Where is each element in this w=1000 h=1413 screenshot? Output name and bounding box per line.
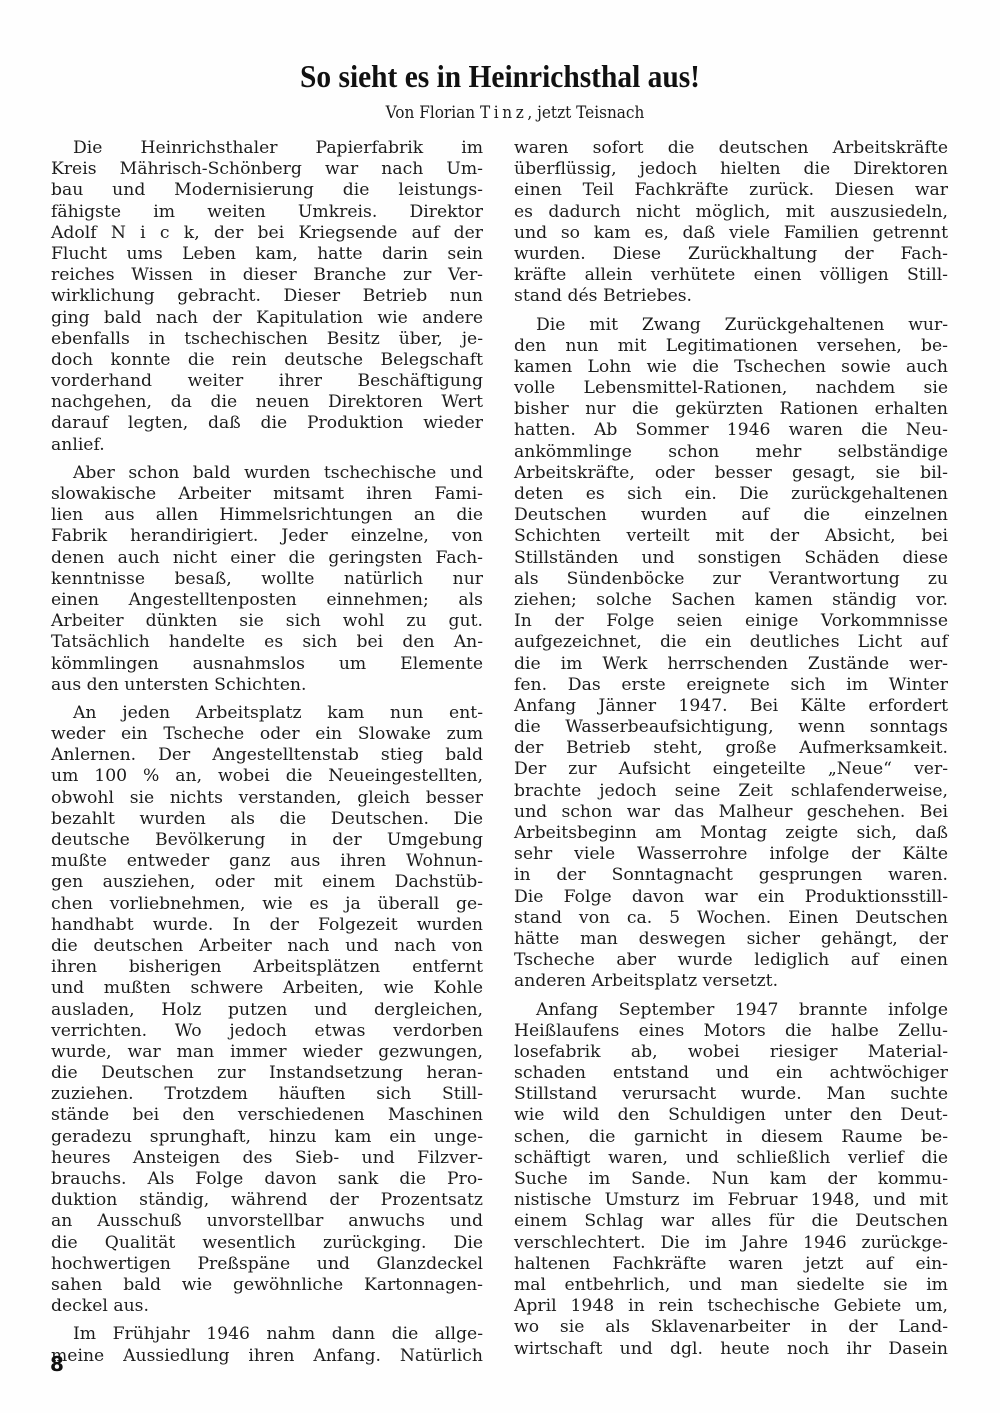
text-line: reiches Wissen in dieser Branche zur Ver… (51, 265, 483, 286)
text-line: Anfang September 1947 brannte infolge (514, 1000, 948, 1021)
text-line: kömmlingen ausnahmslos um Elemente (51, 654, 483, 675)
text-line: April 1948 in rein tschechische Gebiete … (514, 1296, 948, 1317)
text-line: nachgehen, da die neuen Direktoren Wert (51, 392, 483, 413)
text-line: kamen Lohn wie die Tschechen sowie auch (514, 357, 948, 378)
article-paragraph: Aber schon bald wurden tschechische unds… (51, 463, 483, 696)
text-line: Heißlaufens eines Motors die halbe Zellu… (514, 1021, 948, 1042)
article-paragraph: waren sofort die deutschen Arbeitskräfte… (514, 138, 948, 308)
text-line: deten es sich ein. Die zurückgehaltenen (514, 484, 948, 505)
left-column: Die Heinrichsthaler Papierfabrik imKreis… (51, 138, 483, 1374)
text-line: Tscheche aber wurde lediglich auf einen (514, 950, 948, 971)
text-line: aufgezeichnet, die ein deutliches Licht … (514, 632, 948, 653)
byline-author-surname: Tinz (480, 103, 527, 123)
text-line: die im Werk herrschenden Zustände wer- (514, 654, 948, 675)
text-line: Stillstand verursacht wurde. Man suchte (514, 1084, 948, 1105)
text-line: meine Aussiedlung ihren Anfang. Natürlic… (51, 1346, 483, 1367)
text-line: volle Lebensmittel-Rationen, nachdem sie (514, 378, 948, 399)
text-line: fen. Das erste ereignete sich im Winter (514, 675, 948, 696)
text-line: als Sündenböcke zur Verantwortung zu (514, 569, 948, 590)
text-line: handhabt wurde. In der Folgezeit wurden (51, 915, 483, 936)
text-line: weder ein Tscheche oder ein Slowake zum (51, 724, 483, 745)
text-line: schen, die garnicht in diesem Raume be- (514, 1127, 948, 1148)
text-line: Schichten verteilt mit der Absicht, bei (514, 526, 948, 547)
text-line: wirklichung gebracht. Dieser Betrieb nun (51, 286, 483, 307)
newspaper-page: So sieht es in Heinrichsthal aus! Von Fl… (0, 0, 1000, 1413)
text-line: hätte man deswegen sicher gehängt, der (514, 929, 948, 950)
text-line: waren sofort die deutschen Arbeitskräfte (514, 138, 948, 159)
text-line: um 100 % an, wobei die Neueingestellten, (51, 766, 483, 787)
text-line: fähigste im weiten Umkreis. Direktor (51, 202, 483, 223)
text-line: duktion ständig, während der Prozentsatz (51, 1190, 483, 1211)
text-line: haltenen Fachkräfte waren jetzt auf ein- (514, 1254, 948, 1275)
text-line: brachte jedoch seine Zeit schlafenderwei… (514, 781, 948, 802)
article-title: So sieht es in Heinrichsthal aus! (40, 58, 960, 95)
text-line: wie wild den Schuldigen unter den Deut- (514, 1105, 948, 1126)
text-line: Im Frühjahr 1946 nahm dann die allge- (51, 1324, 483, 1345)
text-line: kenntnisse besaß, wollte natürlich nur (51, 569, 483, 590)
text-line: es dadurch nicht möglich, mit auszusiede… (514, 202, 948, 223)
page-number: 8 (50, 1352, 64, 1376)
text-line: Adolf N i c k, der bei Kriegsende auf de… (51, 223, 483, 244)
text-line: wirtschaft und dgl. heute noch ihr Dasei… (514, 1339, 948, 1360)
text-line: schaden entstand und ein achtwöchiger (514, 1063, 948, 1084)
text-line: denen auch nicht einer die geringsten Fa… (51, 548, 483, 569)
text-line: darauf legten, daß die Produktion wieder (51, 413, 483, 434)
text-line: vorderhand weiter ihrer Beschäftigung (51, 371, 483, 392)
text-line: stand von ca. 5 Wochen. Einen Deutschen (514, 908, 948, 929)
text-line: ziehen; solche Sachen kamen ständig vor. (514, 590, 948, 611)
text-line: kräfte allein verhütete einen völligen S… (514, 265, 948, 286)
text-line: zuziehen. Trotzdem häuften sich Still- (51, 1084, 483, 1105)
text-line: mal entbehrlich, und man siedelte sie im (514, 1275, 948, 1296)
text-line: slowakische Arbeiter mitsamt ihren Fami- (51, 484, 483, 505)
text-line: wo sie als Sklavenarbeiter in der Land- (514, 1317, 948, 1338)
article-byline: Von Florian Tinz, jetzt Teisnach (322, 103, 709, 123)
text-line: chen vorliebnehmen, wie es ja überall ge… (51, 894, 483, 915)
text-line: deutsche Bevölkerung in der Umgebung (51, 830, 483, 851)
text-line: Deutschen wurden auf die einzelnen (514, 505, 948, 526)
text-line: verschlechtert. Die im Jahre 1946 zurück… (514, 1233, 948, 1254)
text-line: brauchs. Als Folge davon sank die Pro- (51, 1169, 483, 1190)
text-line: ihren bisherigen Arbeitsplätzen entfernt (51, 957, 483, 978)
text-line: Die Folge davon war ein Produktionsstill… (514, 887, 948, 908)
text-line: die deutschen Arbeiter nach und nach von (51, 936, 483, 957)
text-line: und so kam es, daß viele Familien getren… (514, 223, 948, 244)
text-line: Kreis Mährisch-Schönberg war nach Um- (51, 159, 483, 180)
text-line: verrichten. Wo jedoch etwas verdorben (51, 1021, 483, 1042)
text-line: gen ausziehen, oder mit einem Dachstüb- (51, 872, 483, 893)
byline-suffix: , jetzt Teisnach (527, 103, 644, 123)
text-line: die Deutschen zur Instandsetzung heran- (51, 1063, 483, 1084)
text-line: nistische Umsturz im Februar 1948, und m… (514, 1190, 948, 1211)
text-line: und mußten schwere Arbeiten, wie Kohle (51, 978, 483, 999)
text-line: an Ausschuß unvorstellbar anwuchs und (51, 1211, 483, 1232)
text-line: In der Folge seien einige Vorkommnisse (514, 611, 948, 632)
text-line: anlief. (51, 435, 483, 456)
text-line: deckel aus. (51, 1296, 483, 1317)
text-line: anderen Arbeitsplatz versetzt. (514, 971, 948, 992)
text-line: bezahlt wurden als die Deutschen. Die (51, 809, 483, 830)
text-line: der Betrieb steht, große Aufmerksamkeit. (514, 738, 948, 759)
article-paragraph: Anfang September 1947 brannte infolgeHei… (514, 1000, 948, 1360)
text-line: bau und Modernisierung die leistungs- (51, 180, 483, 201)
article-paragraph: Im Frühjahr 1946 nahm dann die allge-mei… (51, 1324, 483, 1366)
text-line: stand dés Betriebes. (514, 286, 948, 307)
text-line: einem Schlag war alles für die Deutschen (514, 1211, 948, 1232)
text-line: aus den untersten Schichten. (51, 675, 483, 696)
text-line: ausladen, Holz putzen und dergleichen, (51, 1000, 483, 1021)
text-line: losefabrik ab, wobei riesiger Material- (514, 1042, 948, 1063)
text-line: sahen bald wie gewöhnliche Kartonnagen- (51, 1275, 483, 1296)
text-line: doch konnte die rein deutsche Belegschaf… (51, 350, 483, 371)
text-line: geradezu sprunghaft, hinzu kam ein unge- (51, 1127, 483, 1148)
text-line: schäftigt waren, und schließlich verlief… (514, 1148, 948, 1169)
text-line: die Wasserbeaufsichtigung, wenn sonntags (514, 717, 948, 738)
text-line: Aber schon bald wurden tschechische und (51, 463, 483, 484)
text-line: einen Teil Fachkräfte zurück. Diesen war (514, 180, 948, 201)
text-line: Suche im Sande. Nun kam der kommu- (514, 1169, 948, 1190)
text-line: heures Ansteigen des Sieb- und Filzver- (51, 1148, 483, 1169)
text-line: Die Heinrichsthaler Papierfabrik im (51, 138, 483, 159)
article-paragraph: Die Heinrichsthaler Papierfabrik imKreis… (51, 138, 483, 456)
text-line: überflüssig, jedoch hielten die Direktor… (514, 159, 948, 180)
article-paragraph: Die mit Zwang Zurückgehaltenen wur-den n… (514, 315, 948, 993)
text-line: Arbeitsbeginn am Montag zeigte sich, daß (514, 823, 948, 844)
text-line: Die mit Zwang Zurückgehaltenen wur- (514, 315, 948, 336)
text-line: in der Sonntagnacht gesprungen waren. (514, 865, 948, 886)
text-line: bisher nur die gekürzten Rationen erhalt… (514, 399, 948, 420)
text-line: hatten. Ab Sommer 1946 waren die Neu- (514, 420, 948, 441)
text-line: stände bei den verschiedenen Maschinen (51, 1105, 483, 1126)
text-line: ging bald nach der Kapitulation wie ande… (51, 308, 483, 329)
text-line: Anfang Jänner 1947. Bei Kälte erfordert (514, 696, 948, 717)
text-line: Anlernen. Der Angestelltenstab stieg bal… (51, 745, 483, 766)
text-line: wurden. Diese Zurückhaltung der Fach- (514, 244, 948, 265)
text-line: ankömmlinge schon mehr selbständige (514, 442, 948, 463)
text-line: mußte entweder ganz aus ihren Wohnun- (51, 851, 483, 872)
text-line: lien aus allen Himmelsrichtungen an die (51, 505, 483, 526)
text-line: hochwertigen Preßspäne und Glanzdeckel (51, 1254, 483, 1275)
text-line: Flucht ums Leben kam, hatte darin sein (51, 244, 483, 265)
text-line: sehr viele Wasserrohre infolge der Kälte (514, 844, 948, 865)
text-line: Der zur Aufsicht eingeteilte „Neue“ ver- (514, 759, 948, 780)
text-line: Stillständen und sonstigen Schäden diese (514, 548, 948, 569)
text-line: ebenfalls in tschechischen Besitz über, … (51, 329, 483, 350)
text-line: An jeden Arbeitsplatz kam nun ent- (51, 703, 483, 724)
article-paragraph: An jeden Arbeitsplatz kam nun ent-weder … (51, 703, 483, 1317)
text-line: Arbeiter dünkten sie sich wohl zu gut. (51, 611, 483, 632)
text-line: einen Angestelltenposten einnehmen; als (51, 590, 483, 611)
text-line: obwohl sie nichts verstanden, gleich bes… (51, 788, 483, 809)
text-line: Arbeitskräfte, oder besser gesagt, sie b… (514, 463, 948, 484)
text-line: den nun mit Legitimationen versehen, be- (514, 336, 948, 357)
text-line: wurde, war man immer wieder gezwungen, (51, 1042, 483, 1063)
text-line: die Qualität wesentlich zurückging. Die (51, 1233, 483, 1254)
text-line: Tatsächlich handelte es sich bei den An- (51, 632, 483, 653)
right-column: waren sofort die deutschen Arbeitskräfte… (514, 138, 948, 1367)
text-line: Fabrik herandirigiert. Jeder einzelne, v… (51, 526, 483, 547)
byline-prefix: Von Florian (386, 103, 475, 123)
text-line: und schon war das Malheur geschehen. Bei (514, 802, 948, 823)
